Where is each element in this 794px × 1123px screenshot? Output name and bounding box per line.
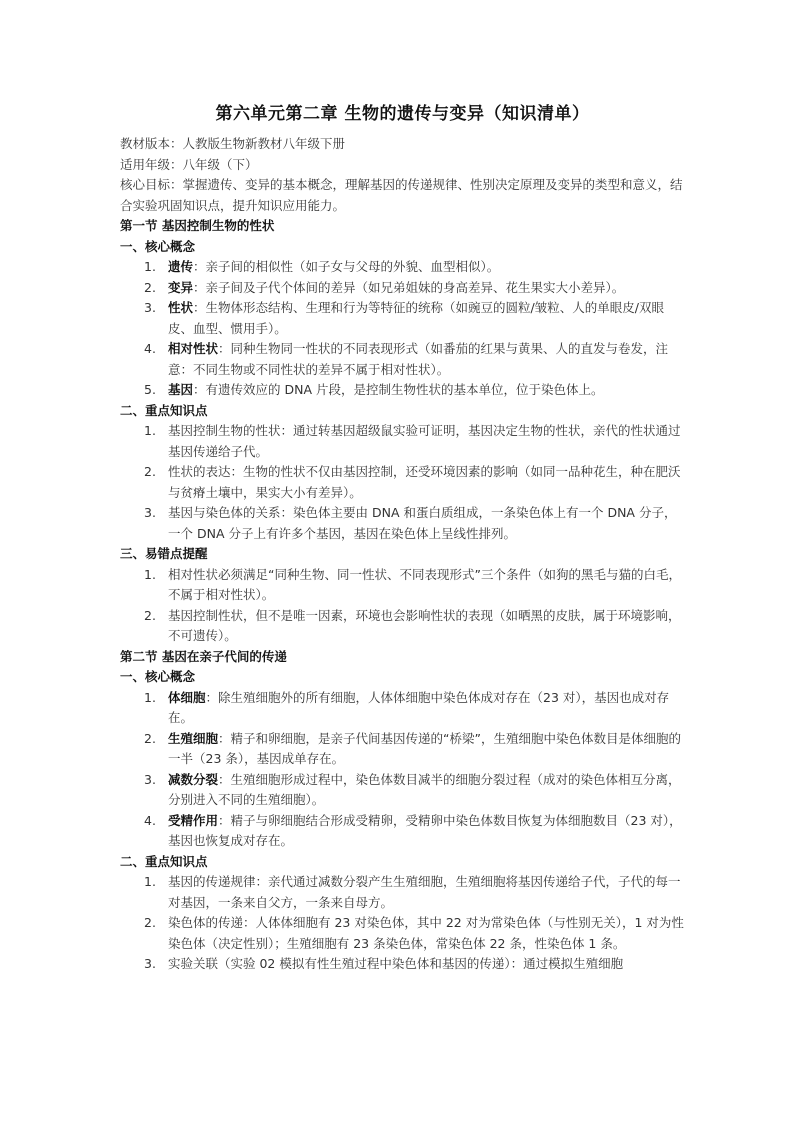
- item-term: 基因: [168, 382, 193, 397]
- item-text: ：精子和卵细胞，是亲子代间基因传递的“桥梁”，生殖细胞中染色体数目是体细胞的一半…: [168, 731, 681, 767]
- item-text: ：有遗传效应的 DNA 片段，是控制生物性状的基本单位，位于染色体上。: [193, 382, 603, 397]
- item-text: 基因控制性状，但不是唯一因素，环境也会影响性状的表现（如晒黑的皮肤，属于环境影响…: [168, 608, 681, 644]
- list-item: 1.基因的传递规律：亲代通过减数分裂产生生殖细胞，生殖细胞将基因传递给子代，子代…: [120, 872, 685, 913]
- document-page: 第六单元第二章 生物的遗传与变异（知识清单） 教材版本：人教版生物新教材八年级下…: [120, 102, 685, 975]
- concept-list: 1.体细胞：除生殖细胞外的所有细胞，人体体细胞中染色体成对存在（23 对），基因…: [120, 688, 685, 852]
- list-item: 1.基因控制生物的性状：通过转基因超级鼠实验可证明，基因决定生物的性状，亲代的性…: [120, 421, 685, 462]
- list-item: 3.基因与染色体的关系：染色体主要由 DNA 和蛋白质组成，一条染色体上有一个 …: [120, 503, 685, 544]
- list-item: 4.相对性状：同种生物同一性状的不同表现形式（如番茄的红果与黄果、人的直发与卷发…: [120, 339, 685, 380]
- section-heading: 第一节 基因控制生物的性状: [120, 216, 685, 237]
- concept-list: 1.遗传：亲子间的相似性（如子女与父母的外貌、血型相似）。 2.变异：亲子间及子…: [120, 257, 685, 401]
- item-number: 3.: [144, 298, 156, 319]
- list-item: 2.染色体的传递：人体体细胞有 23 对染色体，其中 22 对为常染色体（与性别…: [120, 913, 685, 954]
- item-text: 实验关联（实验 02 模拟有性生殖过程中染色体和基因的传递）：通过模拟生殖细胞: [168, 956, 623, 971]
- item-text: ：亲子间的相似性（如子女与父母的外貌、血型相似）。: [193, 259, 499, 274]
- item-text: 染色体的传递：人体体细胞有 23 对染色体，其中 22 对为常染色体（与性别无关…: [168, 915, 684, 951]
- item-term: 性状: [168, 300, 193, 315]
- item-number: 2.: [144, 729, 156, 750]
- item-number: 4.: [144, 811, 156, 832]
- list-item: 1.遗传：亲子间的相似性（如子女与父母的外貌、血型相似）。: [120, 257, 685, 278]
- list-item: 5.基因：有遗传效应的 DNA 片段，是控制生物性状的基本单位，位于染色体上。: [120, 380, 685, 401]
- item-number: 2.: [144, 278, 156, 299]
- pitfalls-list: 1.相对性状必须满足“同种生物、同一性状、不同表现形式”三个条件（如狗的黑毛与猫…: [120, 565, 685, 647]
- item-number: 2.: [144, 462, 156, 483]
- item-number: 5.: [144, 380, 156, 401]
- item-text: ：精子与卵细胞结合形成受精卵，受精卵中染色体数目恢复为体细胞数目（23 对），基…: [168, 813, 682, 849]
- item-term: 相对性状: [168, 341, 218, 356]
- item-number: 4.: [144, 339, 156, 360]
- document-title: 第六单元第二章 生物的遗传与变异（知识清单）: [120, 102, 685, 126]
- item-text: 基因与染色体的关系：染色体主要由 DNA 和蛋白质组成，一条染色体上有一个 DN…: [168, 505, 676, 541]
- list-item: 2.性状的表达：生物的性状不仅由基因控制，还受环境因素的影响（如同一品种花生，种…: [120, 462, 685, 503]
- subsection-heading: 三、易错点提醒: [120, 544, 685, 565]
- item-text: 相对性状必须满足“同种生物、同一性状、不同表现形式”三个条件（如狗的黑毛与猫的白…: [168, 567, 681, 603]
- item-number: 1.: [144, 688, 156, 709]
- item-text: ：同种生物同一性状的不同表现形式（如番茄的红果与黄果、人的直发与卷发，注意：不同…: [168, 341, 668, 377]
- list-item: 3.减数分裂：生殖细胞形成过程中，染色体数目减半的细胞分裂过程（成对的染色体相互…: [120, 770, 685, 811]
- meta-grade: 适用年级：八年级（下）: [120, 155, 685, 176]
- key-points-list: 1.基因的传递规律：亲代通过减数分裂产生生殖细胞，生殖细胞将基因传递给子代，子代…: [120, 872, 685, 975]
- item-text: ：生殖细胞形成过程中，染色体数目减半的细胞分裂过程（成对的染色体相互分离，分别进…: [168, 772, 681, 808]
- meta-textbook: 教材版本：人教版生物新教材八年级下册: [120, 134, 685, 155]
- item-term: 遗传: [168, 259, 193, 274]
- item-number: 1.: [144, 872, 156, 893]
- list-item: 2.基因控制性状，但不是唯一因素，环境也会影响性状的表现（如晒黑的皮肤，属于环境…: [120, 606, 685, 647]
- item-text: ：除生殖细胞外的所有细胞，人体体细胞中染色体成对存在（23 对），基因也成对存在…: [168, 690, 669, 726]
- subsection-heading: 一、核心概念: [120, 667, 685, 688]
- item-term: 受精作用: [168, 813, 218, 828]
- key-points-list: 1.基因控制生物的性状：通过转基因超级鼠实验可证明，基因决定生物的性状，亲代的性…: [120, 421, 685, 544]
- item-number: 1.: [144, 565, 156, 586]
- subsection-heading: 一、核心概念: [120, 237, 685, 258]
- list-item: 3.性状：生物体形态结构、生理和行为等特征的统称（如豌豆的圆粒/皱粒、人的单眼皮…: [120, 298, 685, 339]
- item-text: 基因的传递规律：亲代通过减数分裂产生生殖细胞，生殖细胞将基因传递给子代，子代的每…: [168, 874, 681, 910]
- item-number: 3.: [144, 503, 156, 524]
- item-text: 性状的表达：生物的性状不仅由基因控制，还受环境因素的影响（如同一品种花生，种在肥…: [168, 464, 681, 500]
- subsection-heading: 二、重点知识点: [120, 852, 685, 873]
- item-term: 变异: [168, 280, 193, 295]
- item-term: 体细胞: [168, 690, 206, 705]
- meta-goal: 核心目标：掌握遗传、变异的基本概念，理解基因的传递规律、性别决定原理及变异的类型…: [120, 175, 685, 216]
- section-heading: 第二节 基因在亲子代间的传递: [120, 647, 685, 668]
- list-item: 2.变异：亲子间及子代个体间的差异（如兄弟姐妹的身高差异、花生果实大小差异）。: [120, 278, 685, 299]
- list-item: 4.受精作用：精子与卵细胞结合形成受精卵，受精卵中染色体数目恢复为体细胞数目（2…: [120, 811, 685, 852]
- item-number: 1.: [144, 257, 156, 278]
- list-item: 2.生殖细胞：精子和卵细胞，是亲子代间基因传递的“桥梁”，生殖细胞中染色体数目是…: [120, 729, 685, 770]
- item-number: 1.: [144, 421, 156, 442]
- item-term: 减数分裂: [168, 772, 218, 787]
- item-term: 生殖细胞: [168, 731, 218, 746]
- item-number: 2.: [144, 606, 156, 627]
- item-text: ：亲子间及子代个体间的差异（如兄弟姐妹的身高差异、花生果实大小差异）。: [193, 280, 624, 295]
- subsection-heading: 二、重点知识点: [120, 401, 685, 422]
- list-item: 3.实验关联（实验 02 模拟有性生殖过程中染色体和基因的传递）：通过模拟生殖细…: [120, 954, 685, 975]
- item-text: ：生物体形态结构、生理和行为等特征的统称（如豌豆的圆粒/皱粒、人的单眼皮/双眼皮…: [168, 300, 664, 336]
- item-number: 2.: [144, 913, 156, 934]
- list-item: 1.体细胞：除生殖细胞外的所有细胞，人体体细胞中染色体成对存在（23 对），基因…: [120, 688, 685, 729]
- list-item: 1.相对性状必须满足“同种生物、同一性状、不同表现形式”三个条件（如狗的黑毛与猫…: [120, 565, 685, 606]
- item-text: 基因控制生物的性状：通过转基因超级鼠实验可证明，基因决定生物的性状，亲代的性状通…: [168, 423, 681, 459]
- item-number: 3.: [144, 954, 156, 975]
- item-number: 3.: [144, 770, 156, 791]
